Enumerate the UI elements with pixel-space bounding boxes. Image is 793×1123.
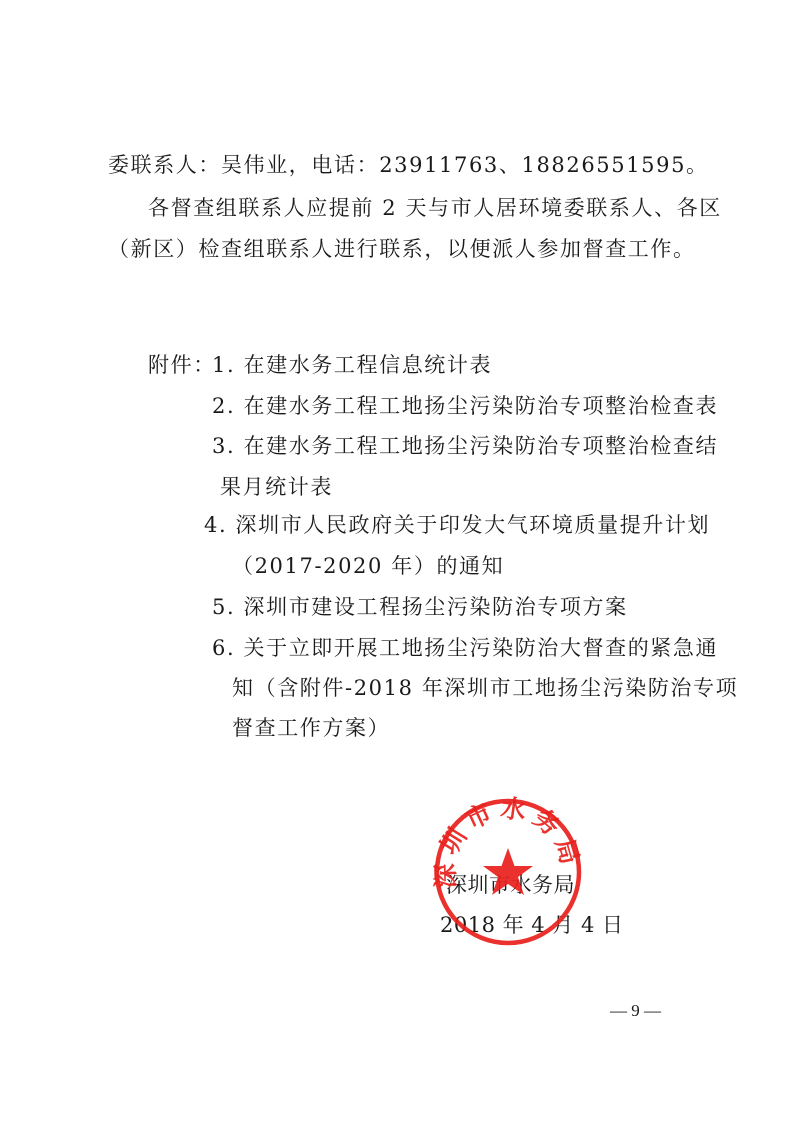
paragraph-line: （新区）检查组联系人进行联系，以便派人参加督查工作。 [108, 236, 696, 262]
attachments-label: 附件： [148, 352, 216, 378]
attachment-item-6-cont2: 督查工作方案） [232, 715, 390, 741]
seal-icon: 深圳市水务局 [432, 796, 584, 948]
attachment-item-2: 2. 在建水务工程工地扬尘污染防治专项整治检查表 [212, 393, 718, 419]
contact-line: 委联系人：吴伟业，电话：23911763、18826551595。 [108, 152, 709, 178]
page-number: — 9 — [610, 1000, 661, 1022]
attachment-item-3: 3. 在建水务工程工地扬尘污染防治专项整治检查结 [212, 433, 718, 459]
attachment-item-6: 6. 关于立即开展工地扬尘污染防治大督查的紧急通 [212, 635, 718, 661]
official-seal: 深圳市水务局 [432, 796, 584, 948]
attachment-item-6-cont: 知（含附件-2018 年深圳市工地扬尘污染防治专项 [232, 675, 738, 701]
attachment-item-5: 5. 深圳市建设工程扬尘污染防治专项方案 [212, 594, 628, 620]
paragraph-line: 各督查组联系人应提前 2 天与市人居环境委联系人、各区 [148, 195, 722, 221]
attachment-item-3-cont: 果月统计表 [220, 474, 333, 500]
attachment-item-4-cont: （2017-2020 年）的通知 [232, 553, 504, 579]
attachment-item-4: 4. 深圳市人民政府关于印发大气环境质量提升计划 [204, 512, 710, 538]
attachment-item-1: 1. 在建水务工程信息统计表 [212, 352, 492, 378]
